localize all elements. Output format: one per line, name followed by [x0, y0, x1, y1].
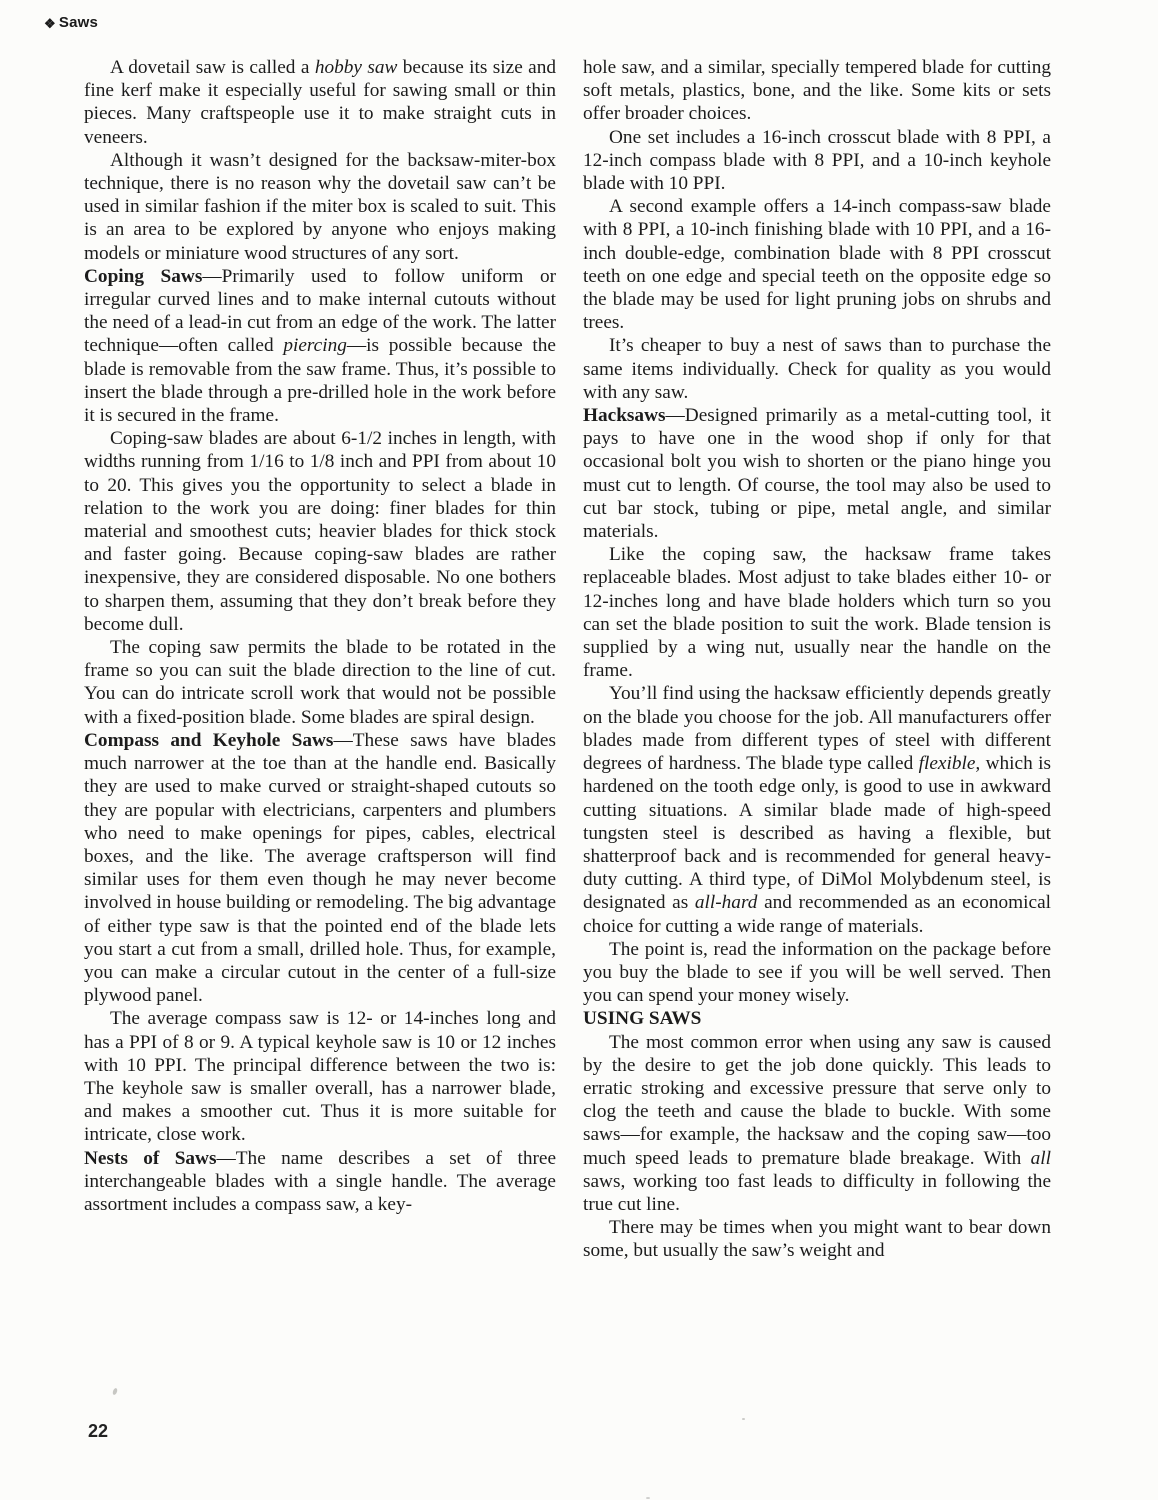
scan-artifact	[742, 1418, 745, 1420]
italic-text: piercing	[283, 335, 347, 356]
paragraph: A second example offers a 14-inch compas…	[583, 195, 1051, 334]
bold-text: Nests of Saws	[84, 1148, 217, 1169]
paragraph: Hacksaws—Designed primarily as a metal-c…	[583, 404, 1051, 543]
bold-text: Coping Saws	[84, 266, 202, 287]
body-text: Although it wasn’t designed for the back…	[84, 150, 556, 264]
paragraph: hole saw, and a similar, specially tempe…	[583, 56, 1051, 126]
scan-artifact	[112, 1388, 118, 1396]
body-text: saws, working too fast leads to difficul…	[583, 1171, 1051, 1215]
body-text: There may be times when you might want t…	[583, 1217, 1051, 1261]
bold-text: Hacksaws	[583, 405, 666, 426]
paragraph: You’ll find using the hacksaw efficientl…	[583, 682, 1051, 937]
body-text: The average compass saw is 12- or 14-inc…	[84, 1008, 556, 1145]
body-text: The most common error when using any saw…	[583, 1032, 1051, 1169]
paragraph: There may be times when you might want t…	[583, 1216, 1051, 1262]
italic-text: all-hard	[695, 892, 758, 913]
ornament-icon: ❖	[44, 17, 56, 30]
paragraph: Nests of Saws—The name describes a set o…	[84, 1147, 556, 1217]
italic-text: all	[1031, 1148, 1051, 1169]
body-text: The coping saw permits the blade to be r…	[84, 637, 556, 728]
body-text: —These saws have blades much narrower at…	[84, 730, 556, 1006]
paragraph: The point is, read the information on th…	[583, 938, 1051, 1008]
body-text: which is hardened on the tooth edge only…	[583, 753, 1051, 913]
italic-text: hobby saw	[315, 57, 398, 78]
bold-text: Compass and Keyhole Saws	[84, 730, 333, 751]
paragraph: The most common error when using any saw…	[583, 1031, 1051, 1217]
italic-text: flexible,	[919, 753, 981, 774]
page-number: 22	[88, 1421, 108, 1442]
paragraph: Like the coping saw, the hacksaw frame t…	[583, 543, 1051, 682]
paragraph: Coping Saws—Primarily used to follow uni…	[84, 265, 556, 427]
paragraph: The average compass saw is 12- or 14-inc…	[84, 1007, 556, 1146]
body-text: The point is, read the information on th…	[583, 939, 1051, 1006]
text-column-left: A dovetail saw is called a hobby saw bec…	[84, 56, 556, 1263]
body-text: A second example offers a 14-inch compas…	[583, 196, 1051, 333]
text-column-right: hole saw, and a similar, specially tempe…	[583, 56, 1051, 1263]
paragraph: Coping-saw blades are about 6-1/2 inches…	[84, 427, 556, 636]
scan-artifact	[646, 1497, 650, 1499]
paragraph: A dovetail saw is called a hobby saw bec…	[84, 56, 556, 149]
paragraph: One set includes a 16-inch crosscut blad…	[583, 126, 1051, 196]
paragraph: It’s cheaper to buy a nest of saws than …	[583, 334, 1051, 404]
section-heading: USING SAWS	[583, 1007, 1051, 1030]
paragraph: Compass and Keyhole Saws—These saws have…	[84, 729, 556, 1007]
bold-text: USING SAWS	[583, 1008, 701, 1029]
paragraph: Although it wasn’t designed for the back…	[84, 149, 556, 265]
body-text: hole saw, and a similar, specially tempe…	[583, 57, 1051, 124]
body-text: Coping-saw blades are about 6-1/2 inches…	[84, 428, 556, 635]
running-header: ❖ Saws	[44, 14, 98, 31]
running-header-title: Saws	[59, 14, 98, 31]
paragraph: The coping saw permits the blade to be r…	[84, 636, 556, 729]
body-text: It’s cheaper to buy a nest of saws than …	[583, 335, 1051, 402]
body-text: A dovetail saw is called a	[110, 57, 315, 78]
two-column-text-block: A dovetail saw is called a hobby saw bec…	[84, 56, 1051, 1263]
body-text: Like the coping saw, the hacksaw frame t…	[583, 544, 1051, 681]
body-text: One set includes a 16-inch crosscut blad…	[583, 127, 1051, 194]
